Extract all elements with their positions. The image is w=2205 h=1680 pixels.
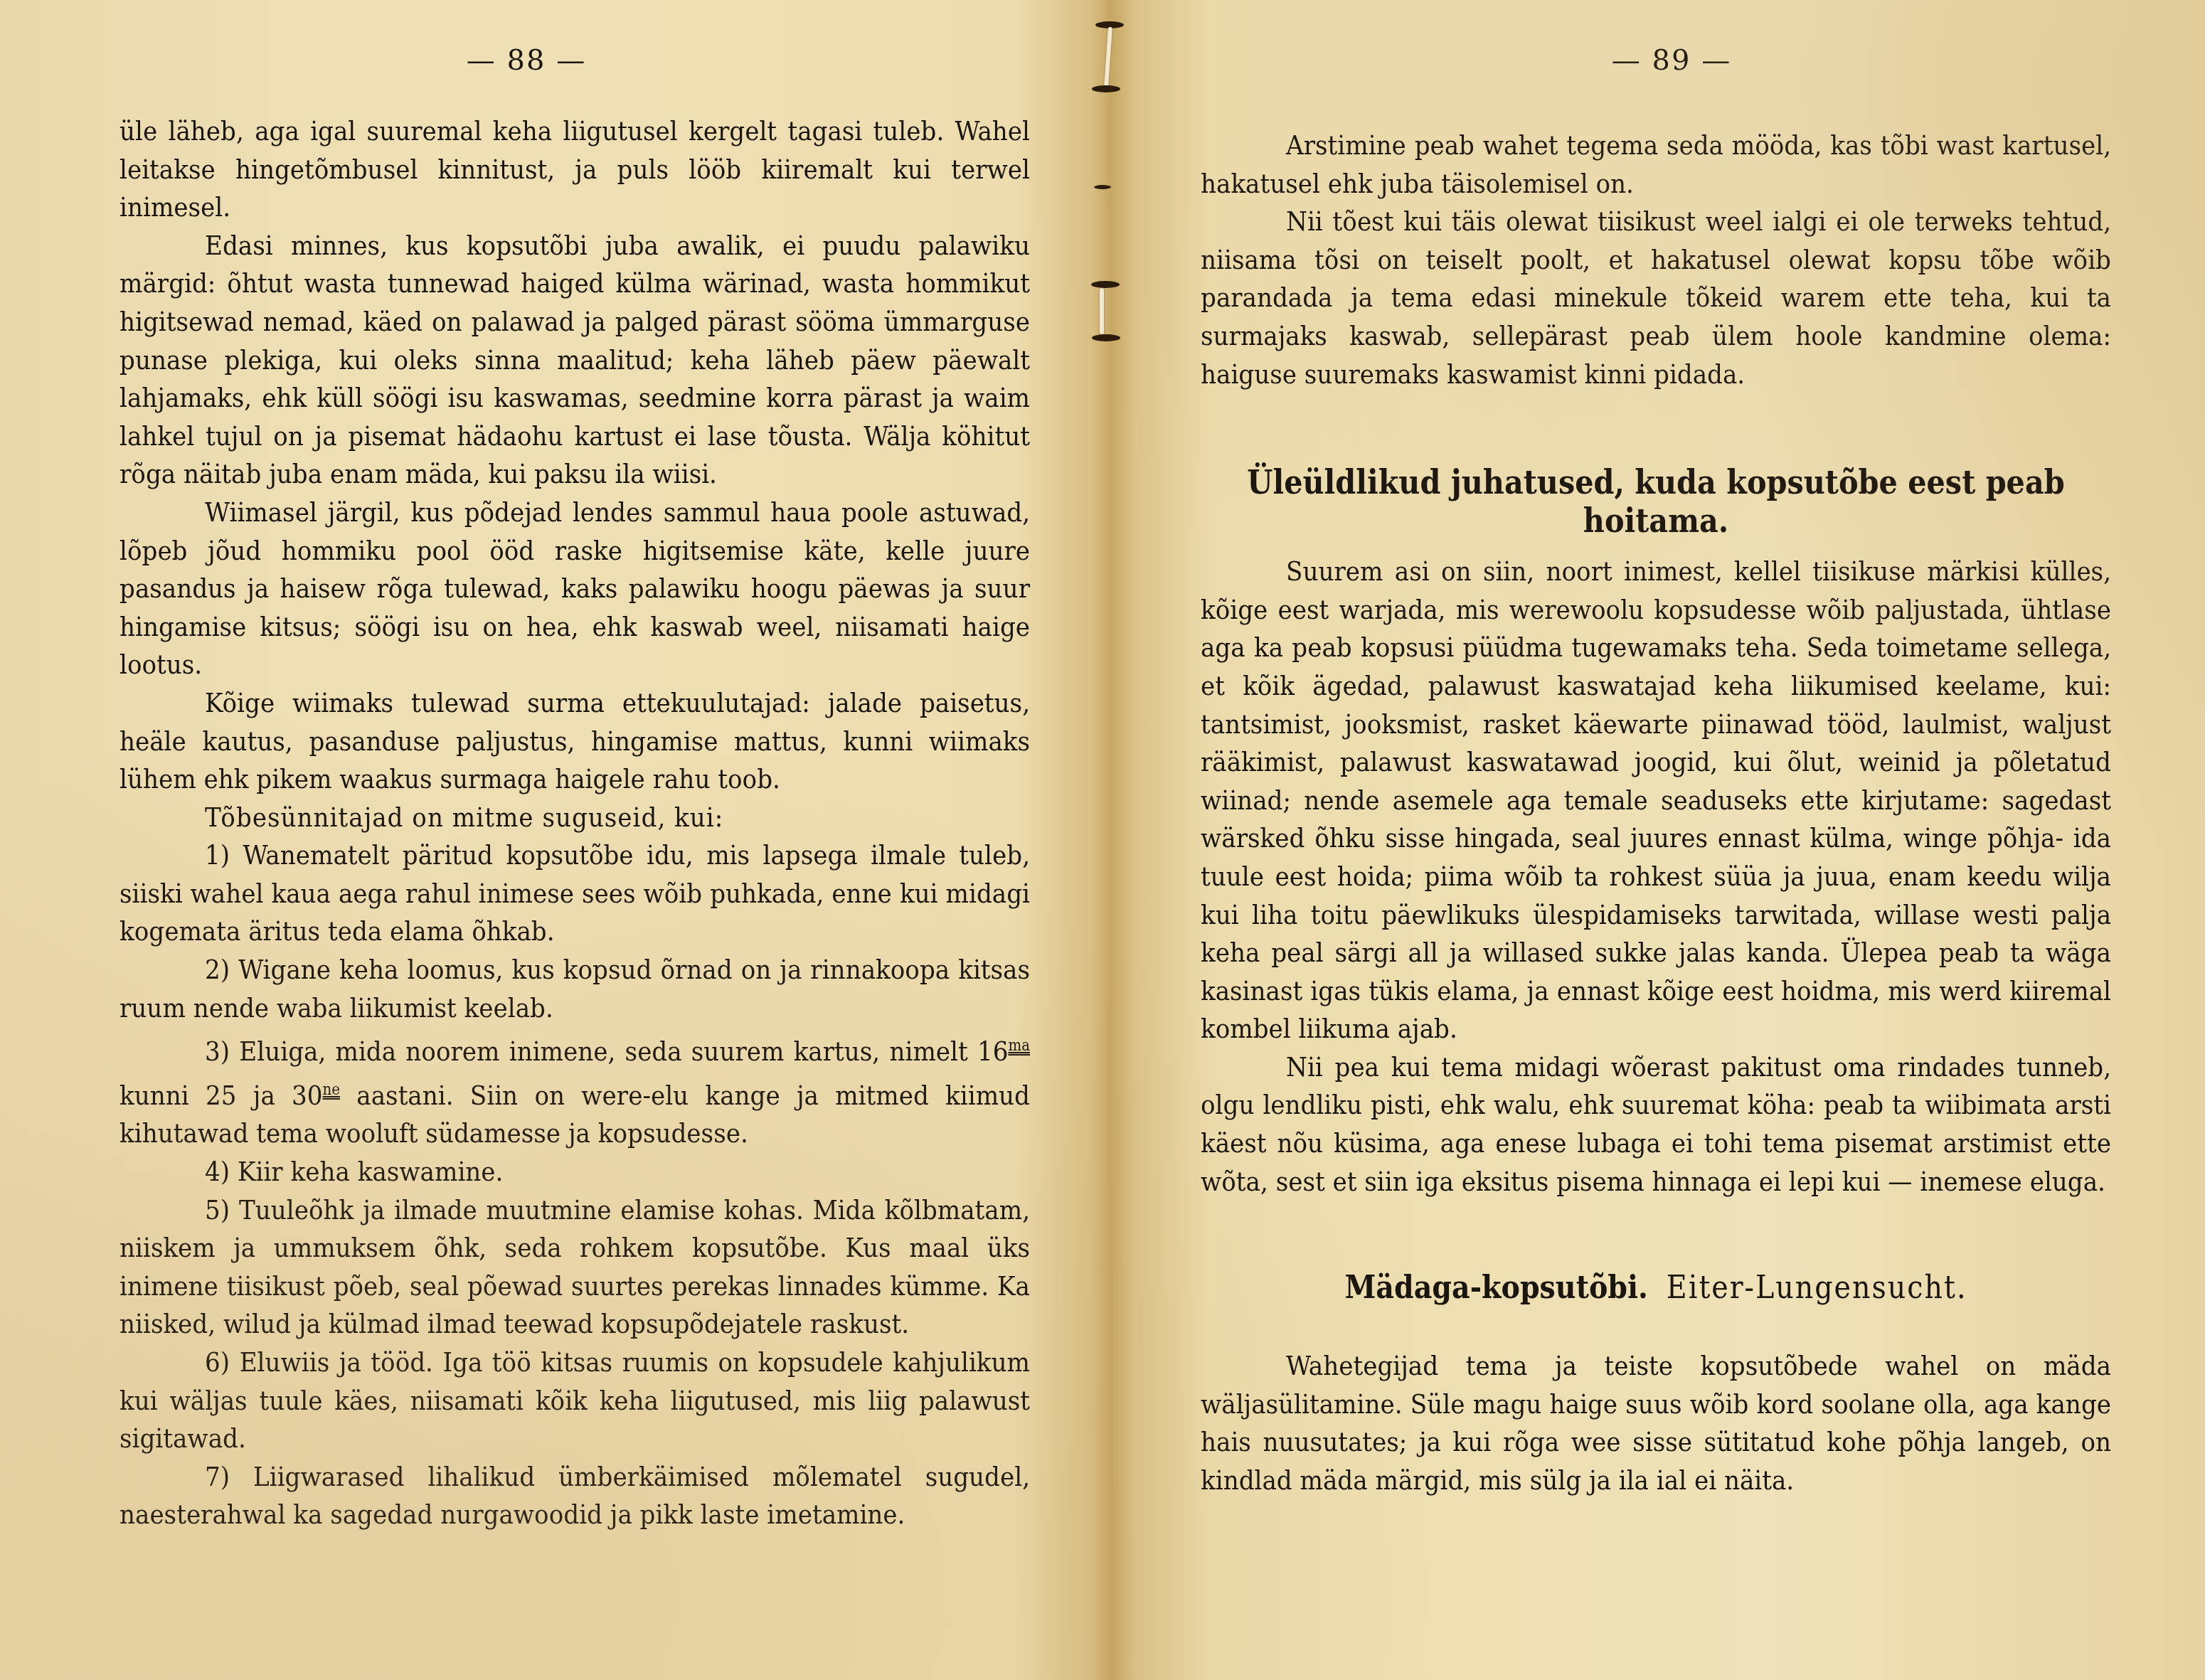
book-spread: — 88 — üle läheb, aga igal suuremal keha… bbox=[0, 0, 2205, 1680]
list-item: 7) Liigwarased lihalikud ümberkäimised m… bbox=[119, 1458, 1030, 1534]
right-page: — 89 — Arstimine peab wahet tegema seda … bbox=[1110, 0, 2205, 1680]
paragraph: Edasi minnes, kus kopsutõbi juba awalik,… bbox=[119, 227, 1030, 494]
list-item: 5) Tuuleõhk ja ilmade muutmine elamise k… bbox=[119, 1191, 1030, 1344]
paragraph: Kõige wiimaks tulewad surma ettekuulutaj… bbox=[119, 684, 1030, 799]
list-item: 4) Kiir keha kaswamine. bbox=[119, 1153, 1030, 1191]
binding-hole bbox=[1094, 185, 1111, 189]
section-heading-estonian: Mädaga-kopsutõbi. bbox=[1345, 1270, 1648, 1306]
paragraph: Arstimine peab wahet tegema seda mööda, … bbox=[1201, 127, 2111, 203]
section-heading: Mädaga-kopsutõbi.Eiter-Lungensucht. bbox=[1201, 1269, 2111, 1307]
paragraph: Suurem asi on siin, noort inimest, kelle… bbox=[1201, 553, 2111, 1048]
list-item-text: 3) Eluiga, mida noorem inimene, seda suu… bbox=[205, 1036, 1008, 1067]
binding-stitch bbox=[1100, 288, 1104, 334]
page-number: — 89 — bbox=[1138, 44, 2205, 77]
list-item: 1) Wanematelt päritud kopsutõbe idu, mis… bbox=[119, 836, 1030, 951]
list-item: 3) Eluiga, mida noorem inimene, seda suu… bbox=[119, 1027, 1030, 1153]
left-page-body: üle läheb, aga igal suuremal keha liigut… bbox=[119, 112, 1030, 1534]
paragraph: Wahetegijad tema ja teiste kopsutõbede w… bbox=[1201, 1347, 2111, 1499]
paragraph: Nii pea kui tema midagi wõerast pakitust… bbox=[1201, 1048, 2111, 1201]
list-item: 2) Wigane keha loomus, kus kopsud õrnad … bbox=[119, 951, 1030, 1027]
paragraph: Tõbesünnitajad on mitme suguseid, kui: bbox=[119, 799, 1030, 837]
section-heading-german: Eiter-Lungensucht. bbox=[1667, 1270, 1967, 1306]
ordinal-superscript: ne bbox=[323, 1081, 340, 1099]
page-number: — 88 — bbox=[0, 44, 1095, 77]
list-item-text: kunni 25 ja 30 bbox=[119, 1080, 323, 1111]
right-page-body: Arstimine peab wahet tegema seda mööda, … bbox=[1201, 127, 2111, 1500]
section-heading: Üleüldlikud juhatused, kuda kopsutõbe ee… bbox=[1201, 463, 2111, 540]
left-page: — 88 — üle läheb, aga igal suuremal keha… bbox=[0, 0, 1095, 1680]
paragraph: üle läheb, aga igal suuremal keha liigut… bbox=[119, 112, 1030, 227]
paragraph: Wiimasel järgil, kus põdejad lendes samm… bbox=[119, 494, 1030, 684]
ordinal-superscript: ma bbox=[1008, 1037, 1030, 1055]
list-item: 6) Eluwiis ja tööd. Iga töö kitsas ruumi… bbox=[119, 1344, 1030, 1458]
paragraph: Nii tõest kui täis olewat tiisikust weel… bbox=[1201, 203, 2111, 393]
